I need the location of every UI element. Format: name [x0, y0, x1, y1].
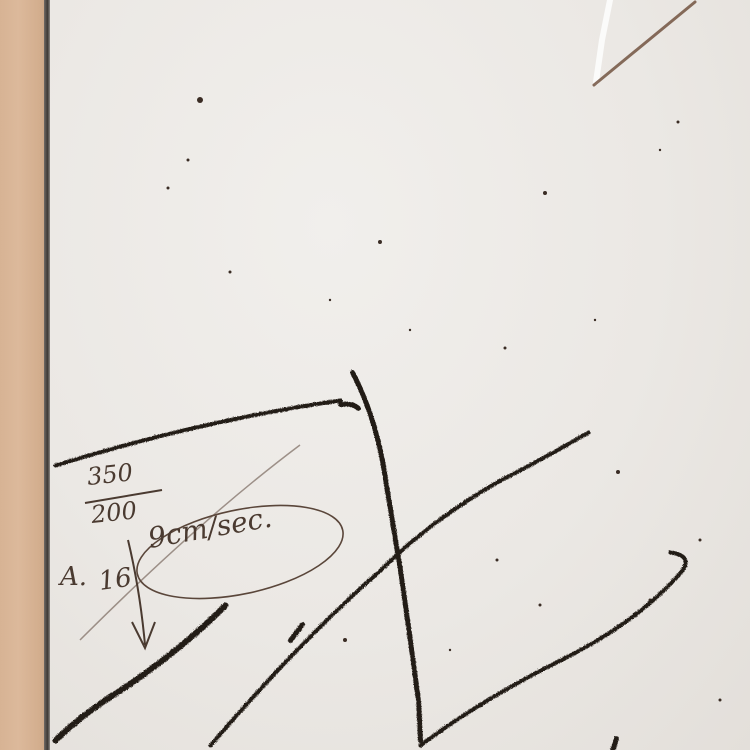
fraction-bottom-text: 200: [89, 496, 138, 529]
speed-unit-text: 9cm/sec.: [145, 501, 274, 555]
charcoal-lines: [55, 372, 685, 750]
speed-number-text: 16: [97, 563, 134, 597]
white-scratch-mark: [596, 0, 610, 82]
label-prefix-text: A.: [58, 562, 87, 592]
scratched-marks: 350 200 A. 16 9cm/sec.: [0, 0, 750, 750]
fraction-top-text: 350: [86, 458, 134, 491]
artwork-photo: 350 200 A. 16 9cm/sec.: [0, 0, 750, 750]
